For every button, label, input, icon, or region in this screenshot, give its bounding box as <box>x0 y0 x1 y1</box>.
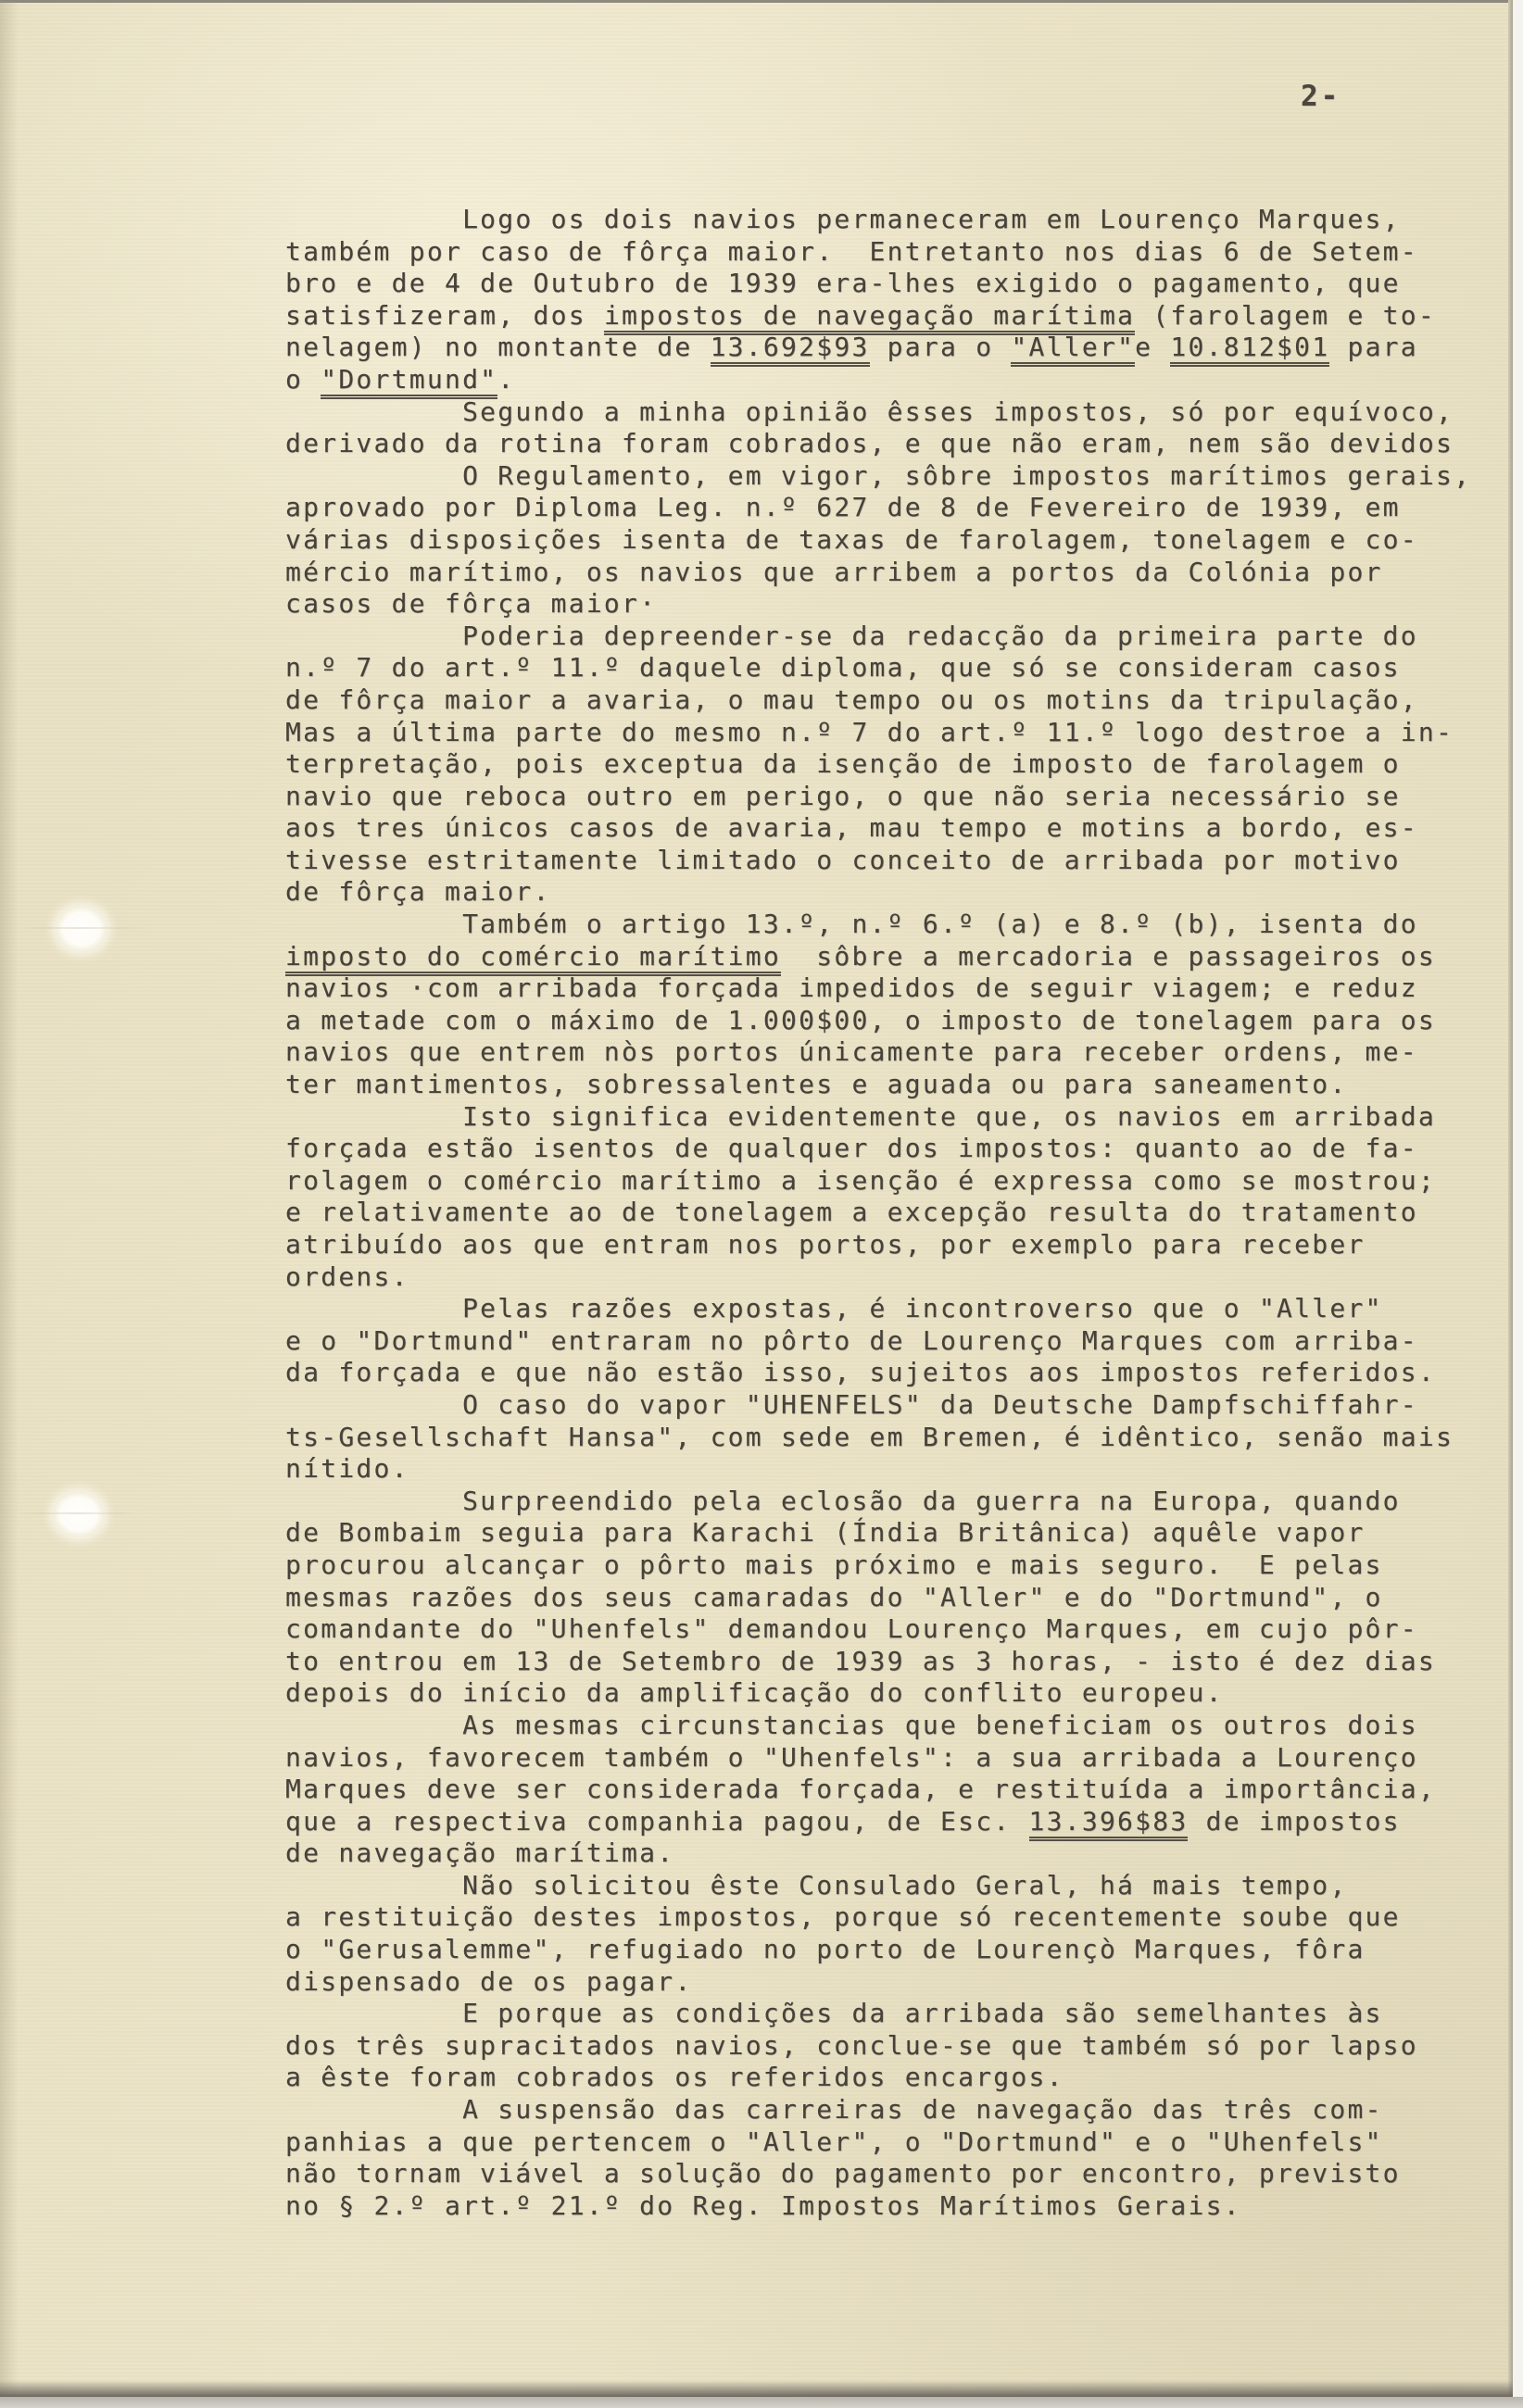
text-line: navios que entrem nòs portos únicamente … <box>285 1036 1471 1069</box>
text-line: ter mantimentos, sobressalentes e aguada… <box>285 1069 1471 1101</box>
text-line: E porque as condições da arribada são se… <box>285 1998 1471 2030</box>
text-line: também por caso de fôrça maior. Entretan… <box>285 236 1471 269</box>
text-run: navios, favorecem também o "Uhenfels": a… <box>285 1742 1418 1773</box>
text-line: nelagem) no montante de 13.692$93 para o… <box>285 332 1471 364</box>
text-line: comandante do "Uhenfels" demandou Louren… <box>285 1613 1471 1646</box>
text-line: Não solicitou êste Consulado Geral, há m… <box>285 1870 1471 1902</box>
text-line: várias disposições isenta de taxas de fa… <box>285 524 1471 557</box>
text-line: tivesse estritamente limitado o conceito… <box>285 845 1471 877</box>
text-line: Marques deve ser considerada forçada, e … <box>285 1774 1471 1806</box>
text-run: rolagem o comércio marítimo a isenção é … <box>285 1165 1436 1196</box>
paragraph: O Regulamento, em vigor, sôbre impostos … <box>285 460 1471 621</box>
text-run: Poderia depreender-se da redacção da pri… <box>285 621 1418 651</box>
text-line: Mas a última parte do mesmo n.º 7 do art… <box>285 717 1471 749</box>
text-line: dispensado de os pagar. <box>285 1966 1471 1999</box>
text-run: Não solicitou êste Consulado Geral, há m… <box>285 1870 1347 1900</box>
text-run: Mas a última parte do mesmo n.º 7 do art… <box>285 717 1454 747</box>
text-line: a êste foram cobrados os referidos encar… <box>285 2062 1471 2094</box>
text-run: n.º 7 do art.º 11.º daquele diploma, que… <box>285 652 1401 683</box>
text-line: to entrou em 13 de Setembro de 1939 as 3… <box>285 1646 1471 1678</box>
text-run: Segundo a minha opinião êsses impostos, … <box>285 396 1454 427</box>
paragraph: Logo os dois navios permaneceram em Lour… <box>285 204 1471 396</box>
scanner-background-right <box>1513 0 1523 2408</box>
text-line: procurou alcançar o pôrto mais próximo e… <box>285 1549 1471 1582</box>
text-line: forçada estão isentos de qualquer dos im… <box>285 1133 1471 1165</box>
text-run: também por caso de fôrça maior. Entretan… <box>285 236 1418 267</box>
text-run: ter mantimentos, sobressalentes e aguada… <box>285 1069 1347 1099</box>
underlined-text: imposto do comércio marítimo <box>285 941 781 976</box>
text-line: não tornam viável a solução do pagamento… <box>285 2158 1471 2190</box>
text-run: tivesse estritamente limitado o conceito… <box>285 845 1401 875</box>
text-line: imposto do comércio marítimo sôbre a mer… <box>285 941 1471 973</box>
text-run: to entrou em 13 de Setembro de 1939 as 3… <box>285 1646 1436 1676</box>
text-run: Também o artigo 13.º, n.º 6.º (a) e 8.º … <box>285 909 1418 939</box>
text-run: da forçada e que não estão isso, sujeito… <box>285 1357 1436 1387</box>
text-run: e relativamente ao de tonelagem a excepç… <box>285 1197 1418 1227</box>
text-run: forçada estão isentos de qualquer dos im… <box>285 1133 1418 1163</box>
text-run: várias disposições isenta de taxas de fa… <box>285 524 1418 555</box>
text-run: Marques deve ser considerada forçada, e … <box>285 1774 1436 1804</box>
text-line: n.º 7 do art.º 11.º daquele diploma, que… <box>285 652 1471 684</box>
text-run: A suspensão das carreiras de navegação d… <box>285 2094 1383 2125</box>
text-line: O Regulamento, em vigor, sôbre impostos … <box>285 460 1471 493</box>
text-line: Surpreendido pela eclosão da guerra na E… <box>285 1486 1471 1518</box>
text-run: para <box>1329 332 1418 362</box>
text-run: o "Gerusalemme", refugiado no porto de L… <box>285 1934 1366 1964</box>
text-run: que a respectiva companhia pagou, de Esc… <box>285 1806 1029 1837</box>
text-run: satisfizeram, dos <box>285 300 604 331</box>
text-line: da forçada e que não estão isso, sujeito… <box>285 1357 1471 1389</box>
text-run: E porque as condições da arribada são se… <box>285 1998 1383 2028</box>
text-run: o <box>285 364 321 395</box>
text-line: o "Dortmund". <box>285 364 1471 396</box>
text-line: bro e de 4 de Outubro de 1939 era-lhes e… <box>285 268 1471 300</box>
underlined-text: "Aller" <box>1011 332 1135 367</box>
page-edge-left <box>0 3 19 2396</box>
text-run: atribuído aos que entram nos portos, por… <box>285 1229 1366 1260</box>
text-run: terpretação, pois exceptua da isenção de… <box>285 748 1401 779</box>
text-line: satisfizeram, dos impostos de navegação … <box>285 300 1471 332</box>
paragraph: Isto significa evidentemente que, os nav… <box>285 1101 1471 1294</box>
text-line: terpretação, pois exceptua da isenção de… <box>285 748 1471 781</box>
underlined-text: 13.396$83 <box>1029 1806 1189 1841</box>
text-line: navios ·com arribada forçada impedidos d… <box>285 972 1471 1005</box>
paragraph: E porque as condições da arribada são se… <box>285 1998 1471 2094</box>
paragraph: A suspensão das carreiras de navegação d… <box>285 2094 1471 2222</box>
text-line: panhias a que pertencem o "Aller", o "Do… <box>285 2126 1471 2159</box>
text-line: a restituição destes impostos, porque só… <box>285 1901 1471 1934</box>
text-run: depois do início da amplificação do conf… <box>285 1677 1224 1708</box>
text-run: As mesmas circunstancias que beneficiam … <box>285 1710 1418 1740</box>
paragraph: Também o artigo 13.º, n.º 6.º (a) e 8.º … <box>285 909 1471 1101</box>
typewritten-text: Logo os dois navios permaneceram em Lour… <box>285 204 1471 2222</box>
text-run: nítido. <box>285 1453 409 1484</box>
text-line: rolagem o comércio marítimo a isenção é … <box>285 1165 1471 1198</box>
text-line: As mesmas circunstancias que beneficiam … <box>285 1710 1471 1742</box>
text-run: procurou alcançar o pôrto mais próximo e… <box>285 1549 1383 1580</box>
text-line: aprovado por Diploma Leg. n.º 627 de 8 d… <box>285 492 1471 524</box>
text-line: Poderia depreender-se da redacção da pri… <box>285 621 1471 653</box>
text-run: de fôrça maior. <box>285 876 551 907</box>
paragraph: Poderia depreender-se da redacção da pri… <box>285 621 1471 909</box>
text-run: Logo os dois navios permaneceram em Lour… <box>285 204 1401 234</box>
text-line: nítido. <box>285 1453 1471 1486</box>
text-run: de fôrça maior a avaria, o mau tempo ou … <box>285 684 1418 715</box>
text-run: a êste foram cobrados os referidos encar… <box>285 2062 1064 2092</box>
text-run: navios que entrem nòs portos únicamente … <box>285 1036 1418 1067</box>
text-run: para o <box>870 332 1012 362</box>
text-line: derivado da rotina foram cobrados, e que… <box>285 428 1471 460</box>
punch-hole-bottom <box>54 1492 104 1536</box>
text-line: Pelas razões expostas, é incontroverso q… <box>285 1293 1471 1325</box>
text-run: de Bombaim seguia para Karachi (Índia Br… <box>285 1517 1366 1548</box>
paragraph: As mesmas circunstancias que beneficiam … <box>285 1710 1471 1870</box>
text-line: mesmas razões dos seus camaradas do "All… <box>285 1582 1471 1614</box>
text-run: Pelas razões expostas, é incontroverso q… <box>285 1293 1383 1323</box>
text-line: A suspensão das carreiras de navegação d… <box>285 2094 1471 2126</box>
text-run: bro e de 4 de Outubro de 1939 era-lhes e… <box>285 268 1401 298</box>
text-line: de fôrça maior. <box>285 876 1471 909</box>
text-line: a metade com o máximo de 1.000$00, o imp… <box>285 1005 1471 1037</box>
text-line: O caso do vapor "UHENFELS" da Deutsche D… <box>285 1389 1471 1422</box>
text-run: (farolagem e to- <box>1135 300 1436 331</box>
text-run: dispensado de os pagar. <box>285 1966 692 1997</box>
text-run: aos tres únicos casos de avaria, mau tem… <box>285 812 1418 843</box>
text-run: casos de fôrça maior· <box>285 588 657 619</box>
text-line: que a respectiva companhia pagou, de Esc… <box>285 1806 1471 1838</box>
page-edge-bottom-shadow <box>0 2380 1513 2397</box>
text-run: ts-Gesellschaft Hansa", com sede em Brem… <box>285 1422 1454 1452</box>
text-line: ts-Gesellschaft Hansa", com sede em Brem… <box>285 1422 1471 1454</box>
text-line: no § 2.º art.º 21.º do Reg. Impostos Mar… <box>285 2190 1471 2223</box>
underlined-text: "Dortmund" <box>321 364 497 399</box>
text-run: e <box>1135 332 1170 362</box>
punch-hole-top <box>57 907 107 951</box>
text-line: atribuído aos que entram nos portos, por… <box>285 1229 1471 1261</box>
text-line: Também o artigo 13.º, n.º 6.º (a) e 8.º … <box>285 909 1471 941</box>
text-line: e o "Dortmund" entraram no pôrto de Lour… <box>285 1325 1471 1358</box>
text-run: panhias a que pertencem o "Aller", o "Do… <box>285 2126 1383 2157</box>
text-run: a restituição destes impostos, porque só… <box>285 1901 1401 1932</box>
text-run: O Regulamento, em vigor, sôbre impostos … <box>285 460 1471 491</box>
text-line: o "Gerusalemme", refugiado no porto de L… <box>285 1934 1471 1966</box>
text-line: e relativamente ao de tonelagem a excepç… <box>285 1197 1471 1229</box>
text-line: ordens. <box>285 1261 1471 1294</box>
paragraph: Surpreendido pela eclosão da guerra na E… <box>285 1486 1471 1710</box>
text-run: comandante do "Uhenfels" demandou Louren… <box>285 1613 1418 1644</box>
text-run: Isto significa evidentemente que, os nav… <box>285 1101 1436 1132</box>
page-number: 2- <box>1301 80 1340 113</box>
underlined-text: 13.692$93 <box>711 332 870 367</box>
text-run: de impostos <box>1188 1806 1400 1837</box>
text-run: e o "Dortmund" entraram no pôrto de Lour… <box>285 1325 1418 1356</box>
text-run: Surpreendido pela eclosão da guerra na E… <box>285 1486 1401 1516</box>
text-run: navios ·com arribada forçada impedidos d… <box>285 972 1418 1003</box>
text-run: dos três supracitados navios, conclue-se… <box>285 2030 1418 2061</box>
text-line: Isto significa evidentemente que, os nav… <box>285 1101 1471 1134</box>
paragraph: O caso do vapor "UHENFELS" da Deutsche D… <box>285 1389 1471 1486</box>
text-line: navios, favorecem também o "Uhenfels": a… <box>285 1742 1471 1775</box>
paragraph: Não solicitou êste Consulado Geral, há m… <box>285 1870 1471 1998</box>
text-line: mércio marítimo, os navios que arribem a… <box>285 557 1471 589</box>
paragraph: Segundo a minha opinião êsses impostos, … <box>285 396 1471 460</box>
text-line: de fôrça maior a avaria, o mau tempo ou … <box>285 684 1471 717</box>
text-line: navio que reboca outro em perigo, o que … <box>285 781 1471 813</box>
text-run: aprovado por Diploma Leg. n.º 627 de 8 d… <box>285 492 1401 522</box>
text-line: casos de fôrça maior· <box>285 588 1471 621</box>
text-run: de navegação marítima. <box>285 1837 674 1868</box>
text-line: Segundo a minha opinião êsses impostos, … <box>285 396 1471 429</box>
text-run: nelagem) no montante de <box>285 332 711 362</box>
text-line: dos três supracitados navios, conclue-se… <box>285 2030 1471 2063</box>
underlined-text: impostos de navegação marítima <box>604 300 1135 335</box>
text-run: sôbre a mercadoria e passageiros os <box>781 941 1436 972</box>
text-line: de Bombaim seguia para Karachi (Índia Br… <box>285 1517 1471 1549</box>
underlined-text: 10.812$01 <box>1170 332 1329 367</box>
text-run: . <box>497 364 515 395</box>
text-run: não tornam viável a solução do pagamento… <box>285 2158 1401 2189</box>
scanner-background-bottom <box>0 2397 1523 2408</box>
text-line: de navegação marítima. <box>285 1837 1471 1870</box>
text-run: a metade com o máximo de 1.000$00, o imp… <box>285 1005 1436 1035</box>
text-run: mesmas razões dos seus camaradas do "All… <box>285 1582 1383 1612</box>
text-line: depois do início da amplificação do conf… <box>285 1677 1471 1710</box>
page-edge-top <box>0 0 1523 3</box>
text-run: O caso do vapor "UHENFELS" da Deutsche D… <box>285 1389 1418 1420</box>
text-line: Logo os dois navios permaneceram em Lour… <box>285 204 1471 236</box>
text-line: aos tres únicos casos de avaria, mau tem… <box>285 812 1471 845</box>
text-run: derivado da rotina foram cobrados, e que… <box>285 428 1454 458</box>
text-run: ordens. <box>285 1261 409 1292</box>
paragraph: Pelas razões expostas, é incontroverso q… <box>285 1293 1471 1389</box>
text-run: mércio marítimo, os navios que arribem a… <box>285 557 1383 587</box>
text-run: navio que reboca outro em perigo, o que … <box>285 781 1401 811</box>
text-run: no § 2.º art.º 21.º do Reg. Impostos Mar… <box>285 2190 1241 2221</box>
